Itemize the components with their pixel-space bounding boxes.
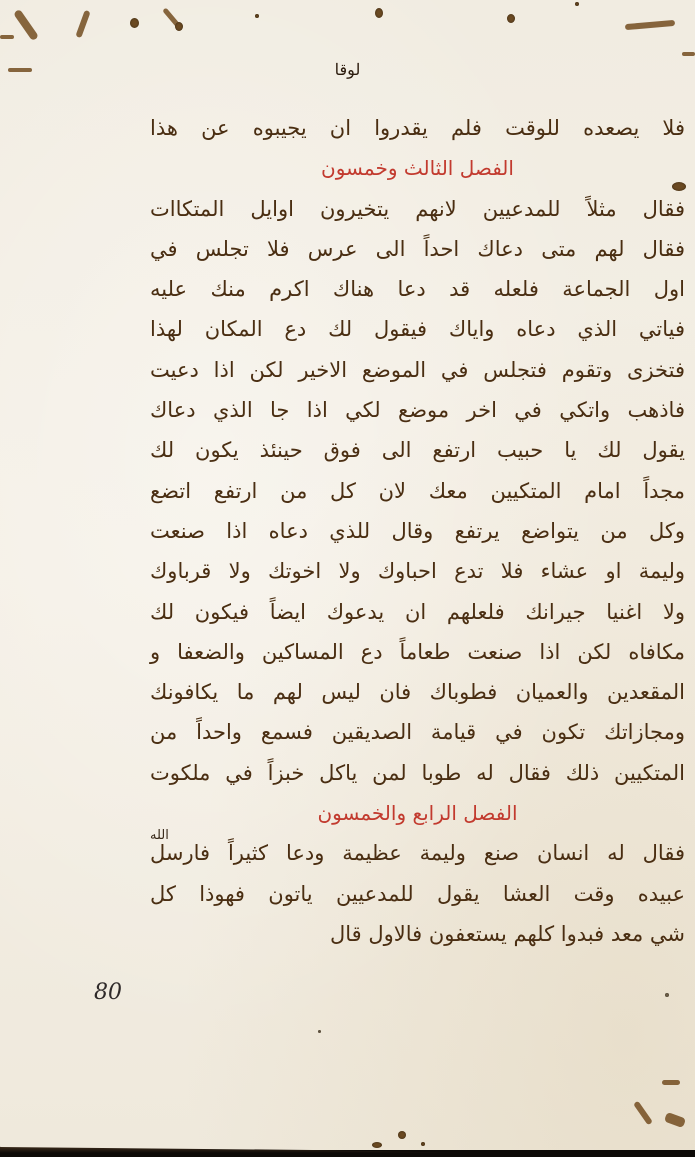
- text-line: شي معد فبدوا كلهم يستعفون فالاول قال: [150, 914, 685, 954]
- running-head: لوقا: [0, 60, 695, 79]
- damage-streak: [13, 9, 39, 41]
- text-line: مجداً امام المتكيين معك لان كل من ارتفع …: [150, 471, 685, 511]
- damage-streak: [633, 1101, 653, 1126]
- damage-streak: [664, 1112, 686, 1128]
- folio-number: 80: [94, 980, 122, 1005]
- worm-hole: [255, 14, 259, 18]
- continuation-word: الله: [150, 828, 169, 843]
- text-line: وكل من يتواضع يرتفع وقال للذي دعاه اذا ص…: [150, 511, 685, 551]
- text-line: فلا يصعده للوقت فلم يقدروا ان يجيبوه عن …: [150, 108, 685, 148]
- worm-hole: [372, 1142, 382, 1148]
- worm-hole: [175, 22, 183, 31]
- damage-streak: [75, 10, 90, 38]
- text-line: اول الجماعة فلعله قد دعا هناك اكرم منك ع…: [150, 269, 685, 309]
- text-line: فقال لهم متى دعاك احداً الى عرس فلا تجلس…: [150, 229, 685, 269]
- worm-hole: [575, 2, 579, 6]
- text-line: مكافاه لكن اذا صنعت طعاماً دع المساكين و…: [150, 632, 685, 672]
- worm-hole: [130, 18, 139, 28]
- worm-hole: [507, 14, 515, 23]
- damage-streak: [625, 20, 675, 30]
- text-line: المقعدين والعميان فطوباك فان ليس لهم ما …: [150, 672, 685, 712]
- worm-hole: [421, 1142, 425, 1146]
- text-line: فقال له انسان صنع وليمة عظيمة ودعا كثيرا…: [150, 833, 685, 873]
- manuscript-page: لوقا فلا يصعده للوقت فلم يقدروا ان يجيبو…: [0, 0, 695, 1150]
- text-line: عبيده وقت العشا يقول للمدعيين ياتون فهوذ…: [150, 874, 685, 914]
- ink-spot: [665, 993, 669, 997]
- text-block: فلا يصعده للوقت فلم يقدروا ان يجيبوه عن …: [150, 108, 685, 954]
- chapter-heading: الفصل الثالث وخمسون: [150, 148, 685, 188]
- text-line: فياتي الذي دعاه واياك فيقول لك دع المكان…: [150, 309, 685, 349]
- damage-streak: [662, 1080, 680, 1085]
- text-line: وليمة او عشاء فلا تدع احباوك ولا اخوتك و…: [150, 551, 685, 591]
- text-line: يقول لك يا حبيب ارتفع الى فوق حينئذ يكون…: [150, 430, 685, 470]
- text-line: ومجازاتك تكون في قيامة الصديقين فسمع واح…: [150, 712, 685, 752]
- text-line: ولا اغنيا جيرانك فلعلهم ان يدعوك ايضاً ف…: [150, 592, 685, 632]
- damage-streak: [682, 52, 695, 56]
- ink-spot: [318, 1030, 321, 1033]
- text-line: فقال مثلاً للمدعيين لانهم يتخيرون اوايل …: [150, 189, 685, 229]
- text-line: فتخزى وتقوم فتجلس في الموضع الاخير لكن ا…: [150, 350, 685, 390]
- text-line: فاذهب واتكي في اخر موضع لكي اذا جا الذي …: [150, 390, 685, 430]
- chapter-heading: الفصل الرابع والخمسون: [150, 793, 685, 833]
- damage-streak: [0, 35, 14, 39]
- worm-hole: [398, 1131, 406, 1139]
- worm-hole: [375, 8, 383, 18]
- text-line: المتكيين ذلك فقال له طوبا لمن ياكل خبزاً…: [150, 753, 685, 793]
